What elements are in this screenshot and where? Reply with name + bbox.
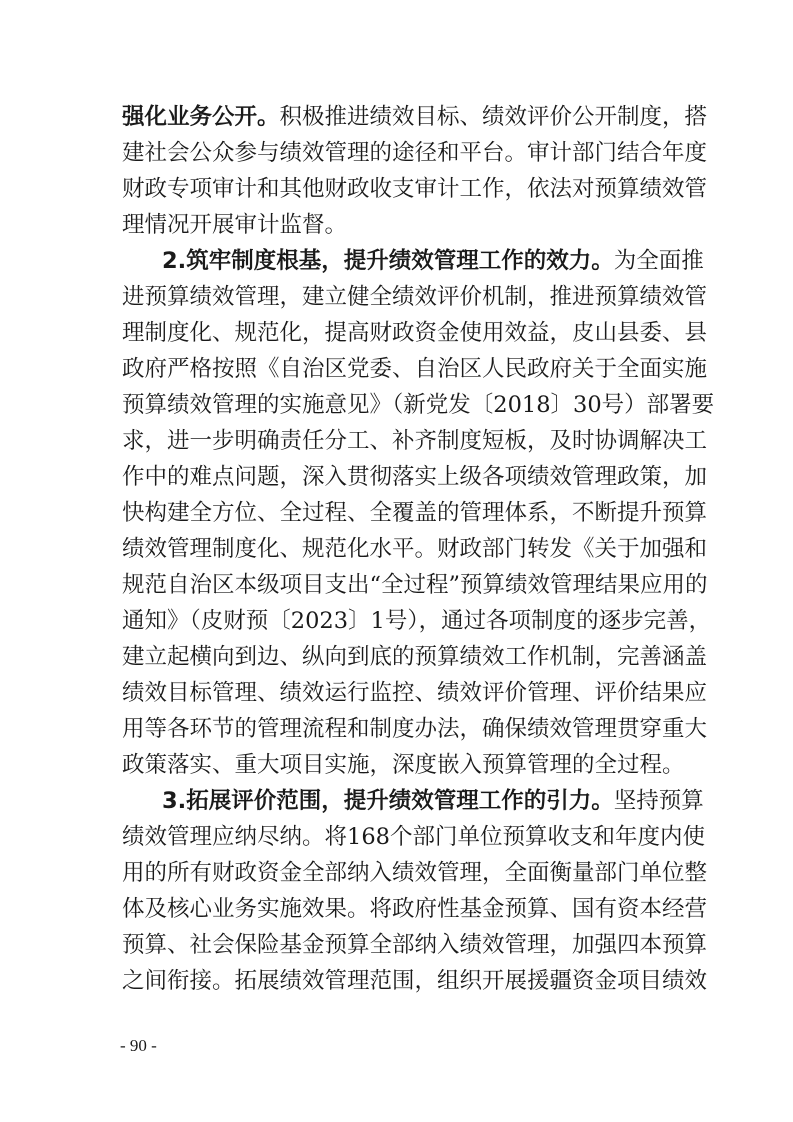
paragraph-heading: 强化业务公开。 — [122, 104, 280, 130]
text-line: 求，进一步明确责任分工、补齐制度短板，及时协调解决工 — [122, 423, 674, 459]
text-line: 用等各环节的管理流程和制度办法，确保绩效管理贯穿重大 — [122, 711, 674, 747]
text-line: 2.筑牢制度根基，提升绩效管理工作的效力。为全面推 — [122, 243, 674, 279]
text-span: 为全面推 — [614, 248, 704, 274]
text-line: 之间衔接。拓展绩效管理范围，组织开展援疆资金项目绩效 — [122, 963, 674, 999]
text-line: 建社会公众参与绩效管理的途径和平台。审计部门结合年度 — [122, 135, 674, 171]
text-line: 作中的难点问题，深入贯彻落实上级各项绩效管理政策，加 — [122, 459, 674, 495]
document-page: 强化业务公开。积极推进绩效目标、绩效评价公开制度，搭 建社会公众参与绩效管理的途… — [0, 0, 793, 1122]
text-span: 坚持预算 — [614, 788, 704, 814]
text-line: 理制度化、规范化，提高财政资金使用效益，皮山县委、县 — [122, 315, 674, 351]
text-line: 政府严格按照《自治区党委、自治区人民政府关于全面实施 — [122, 351, 674, 387]
text-line: 强化业务公开。积极推进绩效目标、绩效评价公开制度，搭 — [122, 99, 674, 135]
body-text: 强化业务公开。积极推进绩效目标、绩效评价公开制度，搭 建社会公众参与绩效管理的途… — [122, 99, 674, 999]
text-line: 3.拓展评价范围，提升绩效管理工作的引力。坚持预算 — [122, 783, 674, 819]
page-number: - 90 - — [120, 1036, 157, 1056]
text-line: 规范自治区本级项目支出“全过程”预算绩效管理结果应用的 — [122, 567, 674, 603]
text-line: 快构建全方位、全过程、全覆盖的管理体系，不断提升预算 — [122, 495, 674, 531]
text-line: 预算绩效管理的实施意见》（新党发〔2018〕30号）部署要 — [122, 387, 674, 423]
text-line: 通知》（皮财预〔2023〕1号），通过各项制度的逐步完善， — [122, 603, 674, 639]
text-line: 理情况开展审计监督。 — [122, 207, 674, 243]
paragraph-heading: 2.筑牢制度根基，提升绩效管理工作的效力。 — [162, 248, 614, 274]
text-line: 用的所有财政资金全部纳入绩效管理，全面衡量部门单位整 — [122, 855, 674, 891]
text-line: 绩效管理制度化、规范化水平。财政部门转发《关于加强和 — [122, 531, 674, 567]
text-line: 建立起横向到边、纵向到底的预算绩效工作机制，完善涵盖 — [122, 639, 674, 675]
text-line: 绩效目标管理、绩效运行监控、绩效评价管理、评价结果应 — [122, 675, 674, 711]
text-line: 绩效管理应纳尽纳。将168个部门单位预算收支和年度内使 — [122, 819, 674, 855]
paragraph-heading: 3.拓展评价范围，提升绩效管理工作的引力。 — [162, 788, 614, 814]
text-line: 财政专项审计和其他财政收支审计工作，依法对预算绩效管 — [122, 171, 674, 207]
text-line: 政策落实、重大项目实施，深度嵌入预算管理的全过程。 — [122, 747, 674, 783]
text-span: 积极推进绩效目标、绩效评价公开制度，搭 — [280, 104, 708, 130]
text-line: 体及核心业务实施效果。将政府性基金预算、国有资本经营 — [122, 891, 674, 927]
text-line: 进预算绩效管理，建立健全绩效评价机制，推进预算绩效管 — [122, 279, 674, 315]
text-line: 预算、社会保险基金预算全部纳入绩效管理，加强四本预算 — [122, 927, 674, 963]
